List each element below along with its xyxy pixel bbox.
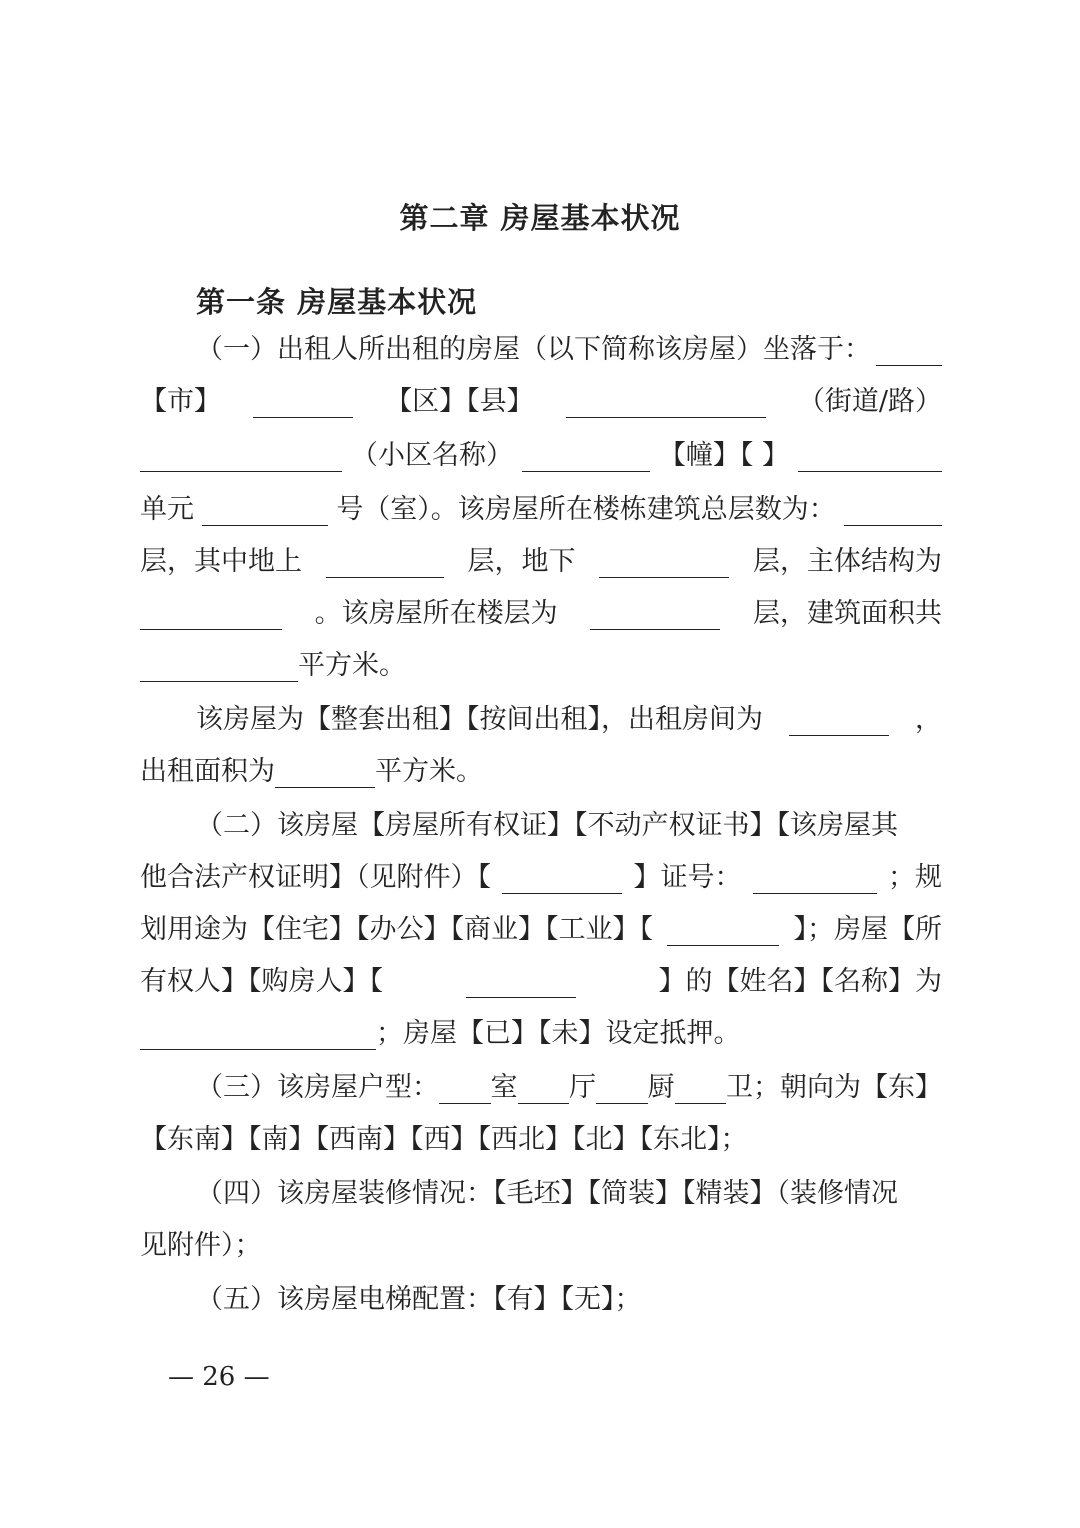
chapter-title: 第二章 房屋基本状况 — [0, 196, 1080, 237]
district-blank[interactable] — [253, 387, 353, 418]
unit-blank[interactable] — [798, 441, 942, 472]
street-blank[interactable] — [566, 387, 766, 418]
building-blank[interactable] — [522, 441, 650, 472]
clause-4-line-2: 见附件）； — [140, 1226, 942, 1262]
clause-1-line-7: 平方米。 — [140, 646, 942, 682]
clause-2-line-4: 有权人】【购房人】【 】的【姓名】【名称】为 — [140, 962, 942, 998]
clause-1-line-3: （小区名称） 【幢】【 】 — [140, 436, 942, 472]
rental-type-line-1: 该房屋为【整套出租】【按间出租】，出租房间为 ， — [196, 700, 942, 736]
floors-above-ground-blank[interactable] — [326, 547, 444, 578]
building-area-blank[interactable] — [140, 651, 298, 682]
certificate-number-blank[interactable] — [753, 863, 877, 894]
total-floors-blank[interactable] — [844, 495, 942, 526]
bathrooms-blank[interactable] — [675, 1073, 727, 1104]
floors-underground-blank[interactable] — [599, 547, 729, 578]
clause-4-line-1: （四）该房屋装修情况：【毛坯】【简装】【精装】（装修情况 — [196, 1174, 942, 1210]
page-number: — 26 — — [168, 1362, 270, 1392]
clause-1-line-5: 层，其中地上 层，地下 层，主体结构为 — [140, 542, 942, 578]
rental-room-blank[interactable] — [789, 705, 889, 736]
usage-other-blank[interactable] — [667, 915, 779, 946]
clause-1-line-1: （一）出租人所出租的房屋（以下简称该房屋）坐落于： — [196, 330, 942, 366]
clause-1-line-4: 单元 号（室）。该房屋所在楼栋建筑总层数为： — [140, 490, 942, 526]
clause-2-line-3: 划用途为【住宅】【办公】【商业】【工业】【 】；房屋【所 — [140, 910, 942, 946]
structure-blank[interactable] — [140, 599, 282, 630]
clause-2-line-5: ；房屋【已】【未】设定抵押。 — [140, 1014, 942, 1050]
clause-2-line-1: （二）该房屋【房屋所有权证】【不动产权证书】【该房屋其 — [196, 806, 942, 842]
clause-1-line-6: 。该房屋所在楼层为 层，建筑面积共 — [140, 594, 942, 630]
kitchens-blank[interactable] — [596, 1073, 648, 1104]
owner-type-other-blank[interactable] — [466, 967, 576, 998]
clause-3-line-2: 【东南】【南】【西南】【西】【西北】【北】【东北】； — [140, 1120, 942, 1156]
clause-3-line-1: （三）该房屋户型： 室 厅 厨 卫；朝向为【东】 — [196, 1068, 942, 1104]
clause-1-line-2: 【市】 【区】【县】 （街道/路） — [140, 382, 942, 418]
floor-level-blank[interactable] — [590, 599, 720, 630]
rental-type-line-2: 出租面积为 平方米。 — [140, 752, 942, 788]
owner-name-blank[interactable] — [140, 1019, 376, 1050]
location-blank[interactable] — [876, 335, 942, 366]
community-name-blank[interactable] — [140, 441, 342, 472]
living-rooms-blank[interactable] — [518, 1073, 570, 1104]
article-title: 第一条 房屋基本状况 — [196, 280, 477, 321]
room-number-blank[interactable] — [202, 495, 328, 526]
bedrooms-blank[interactable] — [439, 1073, 491, 1104]
rental-area-blank[interactable] — [275, 757, 375, 788]
clause-2-line-2: 他合法产权证明】（见附件）【 】证号： ；规 — [140, 858, 942, 894]
clause-5-line-1: （五）该房屋电梯配置：【有】【无】； — [196, 1280, 942, 1316]
certificate-type-blank[interactable] — [502, 863, 622, 894]
